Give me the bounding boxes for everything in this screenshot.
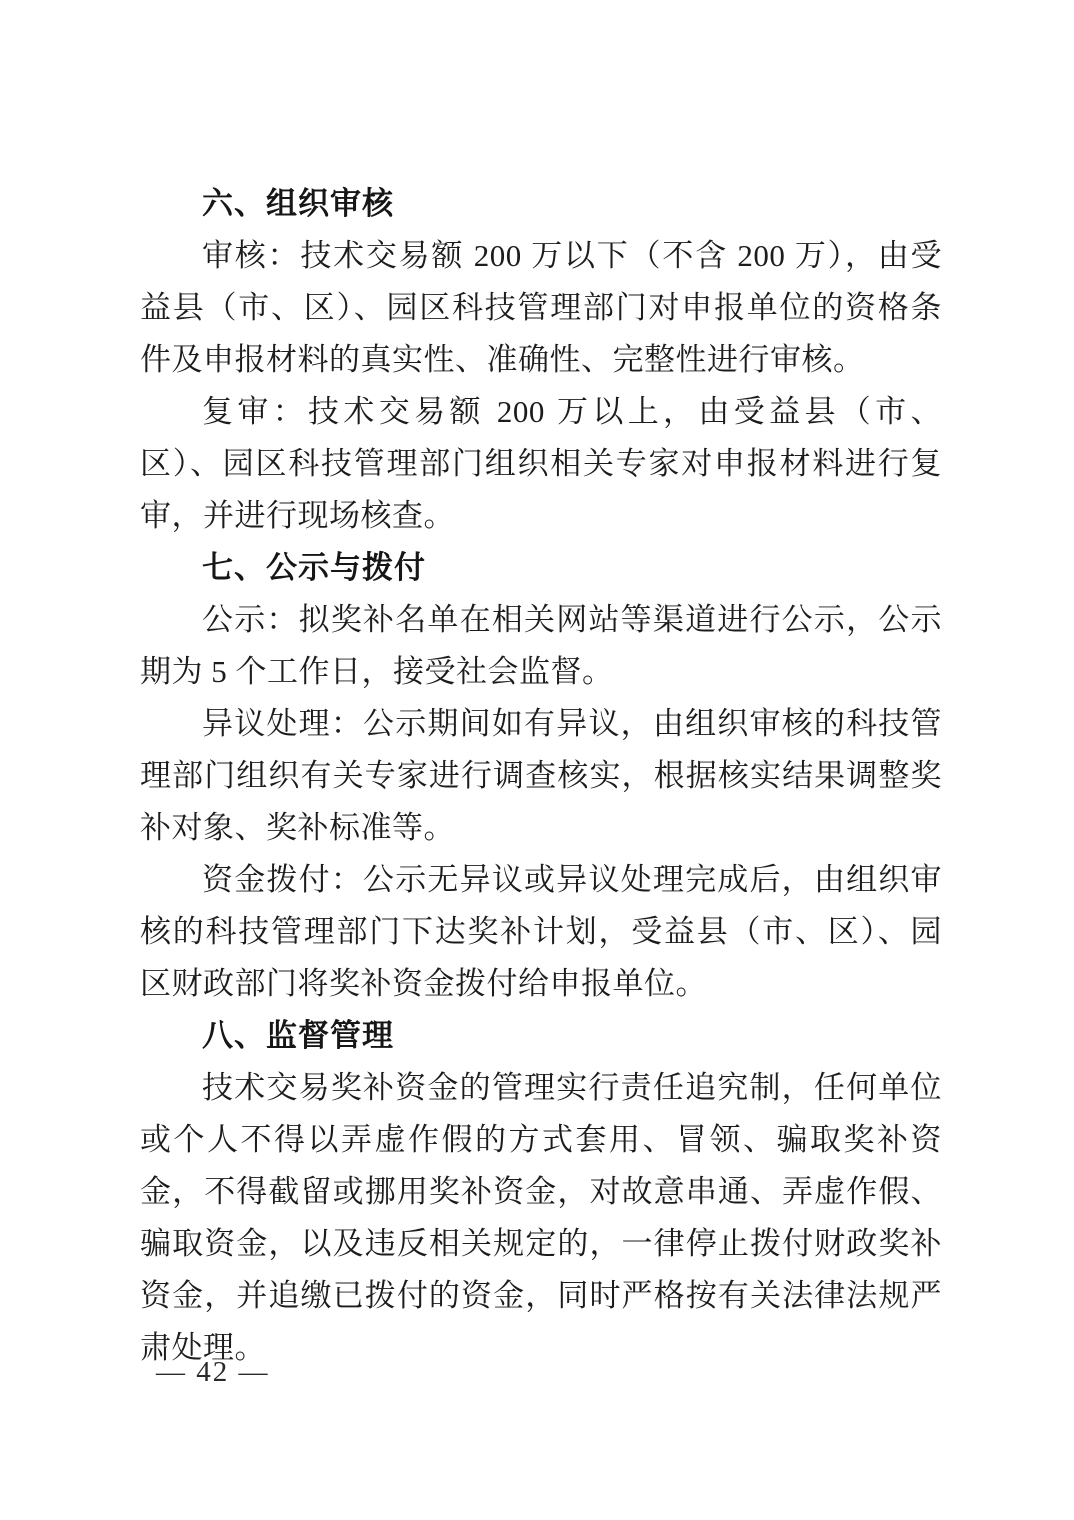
paragraph: 资金拨付：公示无异议或异议处理完成后，由组织审核的科技管理部门下达奖补计划，受益… [140, 854, 942, 1010]
paragraph: 审核：技术交易额 200 万以下（不含 200 万），由受益县（市、区）、园区科… [140, 230, 942, 386]
section-publicity-and-payment: 七、公示与拨付 公示：拟奖补名单在相关网站等渠道进行公示，公示期为 5 个工作日… [140, 542, 942, 1010]
section-heading: 六、组织审核 [140, 178, 942, 230]
paragraph: 异议处理：公示期间如有异议，由组织审核的科技管理部门组织有关专家进行调查核实，根… [140, 698, 942, 854]
paragraph: 复审：技术交易额 200 万以上，由受益县（市、区）、园区科技管理部门组织相关专… [140, 386, 942, 542]
document-content: 六、组织审核 审核：技术交易额 200 万以下（不含 200 万），由受益县（市… [140, 178, 942, 1374]
page-number: — 42 — [156, 1356, 270, 1389]
section-supervision-management: 八、监督管理 技术交易奖补资金的管理实行责任追究制，任何单位或个人不得以弄虚作假… [140, 1010, 942, 1374]
section-organization-review: 六、组织审核 审核：技术交易额 200 万以下（不含 200 万），由受益县（市… [140, 178, 942, 542]
paragraph: 公示：拟奖补名单在相关网站等渠道进行公示，公示期为 5 个工作日，接受社会监督。 [140, 594, 942, 698]
section-heading: 七、公示与拨付 [140, 542, 942, 594]
paragraph: 技术交易奖补资金的管理实行责任追究制，任何单位或个人不得以弄虚作假的方式套用、冒… [140, 1062, 942, 1374]
section-heading: 八、监督管理 [140, 1010, 942, 1062]
document-page: 六、组织审核 审核：技术交易额 200 万以下（不含 200 万），由受益县（市… [0, 0, 1074, 1520]
